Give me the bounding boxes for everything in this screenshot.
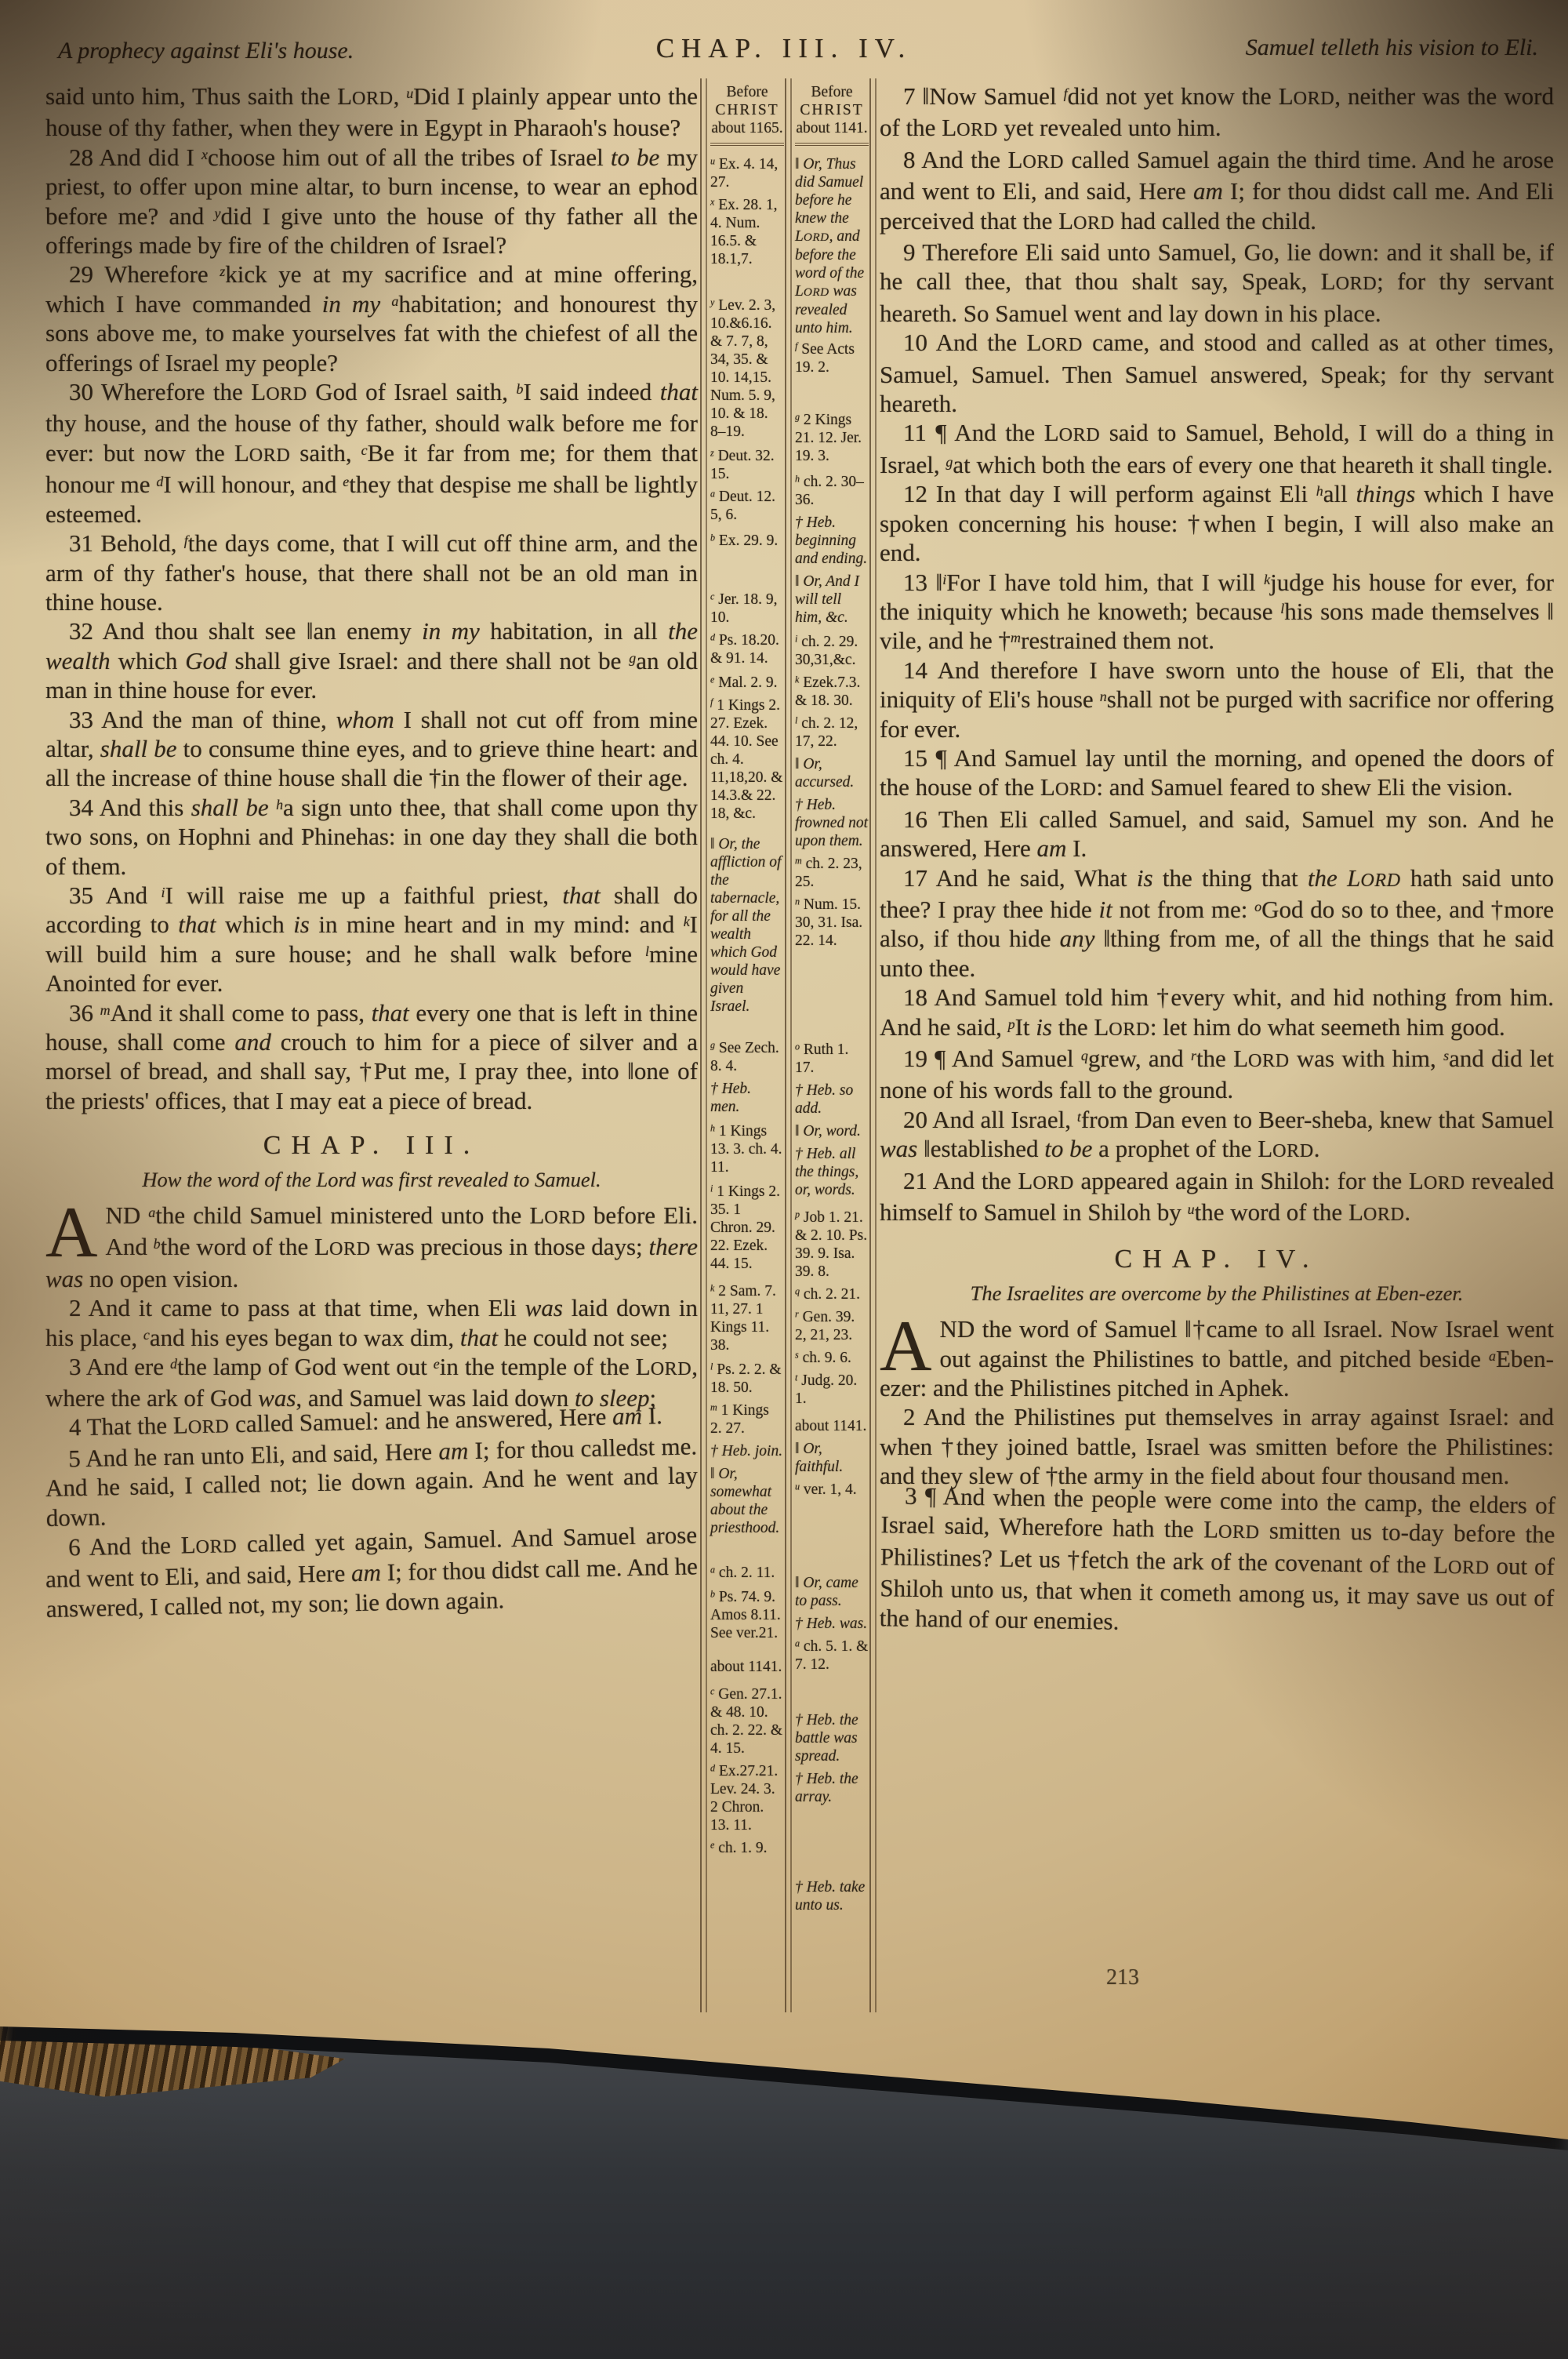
margin-ref-letter: p	[1008, 1016, 1015, 1032]
divine-name: LORD	[251, 378, 307, 405]
verse: 12 In that day I will perform against El…	[880, 479, 1554, 567]
margin-note: l ch. 2. 12, 17, 22.	[795, 714, 869, 751]
margin-note: d Ex.27.21. Lev. 24. 3. 2 Chron. 13. 11.	[710, 1762, 784, 1834]
margin-note: e Mal. 2. 9.	[710, 674, 784, 692]
verse: 21 And the LORD appeared again in Shiloh…	[880, 1166, 1554, 1230]
margin-note: p Job 1. 21. & 2. 10. Ps. 39. 9. Isa. 39…	[795, 1209, 869, 1281]
verse: 10 And the LORD came, and stood and call…	[880, 328, 1554, 418]
verse: 15 ¶ And Samuel lay until the morning, a…	[880, 743, 1554, 805]
divine-name: LORD	[1058, 207, 1114, 234]
divine-name: LORD	[795, 228, 829, 245]
margin-note: u Ex. 4. 14, 27.	[710, 155, 784, 191]
divine-name: LORD	[1347, 864, 1400, 892]
margin-note: ‖ Or, somewhat about the priesthood.	[710, 1465, 784, 1537]
verse: 36 mAnd it shall come to pass, that ever…	[45, 998, 698, 1116]
drop-cap: A	[880, 1314, 939, 1372]
right-text-column: 7 ‖Now Samuel fdid not yet know the LORD…	[880, 82, 1554, 1642]
verse: 8 And the LORD called Samuel again the t…	[880, 145, 1554, 238]
divine-name: LORD	[1348, 1198, 1404, 1226]
margin-ref-letter: e	[343, 474, 349, 489]
margin-ref-letter: c	[143, 1327, 150, 1343]
margin-note: q ch. 2. 21.	[795, 1285, 869, 1303]
margin-note: d Ps. 18.20. & 91. 14.	[710, 631, 784, 667]
margin-note: f 1 Kings 2. 27. Ezek. 44. 10. See ch. 4…	[710, 696, 784, 823]
divine-name: LORD	[172, 1410, 229, 1438]
divine-name: LORD	[942, 114, 997, 141]
chapter-heading: CHAP. III.	[45, 1131, 698, 1160]
margin-note: † Heb. the battle was spread.	[795, 1711, 869, 1765]
verse: 16 Then Eli called Samuel, and said, Sam…	[880, 805, 1554, 863]
verse: 28 And did I xchoose him out of all the …	[45, 143, 698, 260]
margin-ref-letter: f	[1064, 85, 1068, 101]
margin-ref-letter: o	[1254, 899, 1261, 914]
margin-note: about 1141.	[795, 1417, 869, 1435]
margin-ref-letter: u	[406, 85, 413, 101]
verse: AND athe child Samuel ministered unto th…	[45, 1201, 698, 1293]
margin-ref-letter: n	[1100, 689, 1107, 704]
chapter-subtitle: How the word of the Lord was first revea…	[45, 1165, 698, 1194]
margin-ref-letter: g	[946, 454, 953, 470]
verse: 29 Wherefore zkick ye at my sacrifice an…	[45, 260, 698, 377]
margin-note: y Lev. 2. 3, 10.&6.16. & 7. 7, 8, 34, 35…	[710, 296, 784, 441]
margin-ref-letter: i	[942, 571, 946, 587]
margin-ref-letter: x	[201, 147, 208, 162]
margin-note: ‖ Or, And I will tell him, &c.	[795, 572, 869, 627]
margin-note: ‖ Or, accursed.	[795, 755, 869, 791]
margin-note: z Deut. 32. 15.	[710, 447, 784, 483]
margin-note: g See Zech. 8. 4.	[710, 1039, 784, 1075]
margin-note: b Ex. 29. 9.	[710, 532, 784, 550]
divine-name: LORD	[1094, 1013, 1149, 1041]
margin-ref-letter: h	[276, 797, 283, 812]
chapter-heading: CHAP. IV.	[880, 1245, 1554, 1274]
margin-ref-letter: a	[148, 1205, 155, 1220]
margin-note: h ch. 2. 30–36.	[795, 473, 869, 509]
margin-ref-letter: h	[1316, 483, 1323, 499]
divine-name: LORD	[795, 283, 829, 300]
margin-note: † Heb. was.	[795, 1615, 869, 1633]
drop-cap: A	[45, 1201, 105, 1259]
verse: 6 And the LORD called yet again, Samuel.…	[45, 1520, 699, 1623]
before-christ-date-header: BeforeCHRISTabout 1141.	[795, 83, 869, 146]
verse: 34 And this shall be ha sign unto thee, …	[45, 793, 698, 881]
divine-name: LORD	[1026, 329, 1082, 356]
margin-ref-letter: s	[1443, 1048, 1449, 1063]
margin-note: g 2 Kings 21. 12. Jer. 19. 3.	[795, 411, 869, 465]
margin-note: o Ruth 1. 17.	[795, 1041, 869, 1077]
margin-ref-letter: m	[1011, 630, 1021, 645]
margin-note: ‖ Or, faithful.	[795, 1440, 869, 1476]
margin-note: m ch. 2. 23, 25.	[795, 855, 869, 891]
margin-ref-letter: a	[1489, 1348, 1496, 1364]
verse: 5 And he ran unto Eli, and said, Here am…	[45, 1432, 699, 1533]
margin-ref-letter: q	[1081, 1048, 1088, 1063]
margin-ref-letter: d	[156, 474, 163, 489]
verse: 14 And therefore I have sworn unto the h…	[880, 656, 1554, 743]
margin-note: i ch. 2. 29. 30,31,&c.	[795, 633, 869, 669]
divine-name: LORD	[314, 1233, 370, 1260]
margin-note: † Heb. beginning and ending.	[795, 514, 869, 568]
divine-name: LORD	[1007, 146, 1063, 173]
divine-name: LORD	[180, 1530, 237, 1558]
divine-name: LORD	[1203, 1515, 1260, 1543]
verse: 2 And the Philistines put themselves in …	[880, 1402, 1554, 1490]
divine-name: LORD	[529, 1201, 585, 1229]
page-number: 213	[880, 1965, 1366, 1990]
margin-ref-letter: k	[1264, 571, 1270, 587]
margin-note: r Gen. 39. 2, 21, 23.	[795, 1308, 869, 1344]
margin-note: h 1 Kings 13. 3. ch. 4. 11.	[710, 1122, 784, 1176]
divine-name: LORD	[337, 82, 393, 110]
margin-note: u ver. 1, 4.	[795, 1481, 869, 1499]
bible-page: A prophecy against Eli's house. CHAP. II…	[0, 0, 1568, 2149]
margin-note: a Deut. 12. 5, 6.	[710, 488, 784, 524]
margin-note: t Judg. 20. 1.	[795, 1372, 869, 1408]
margin-note: k 2 Sam. 7. 11, 27. 1 Kings 11. 38.	[710, 1282, 784, 1354]
column-rule	[869, 78, 877, 2012]
margin-note: c Jer. 18. 9, 10.	[710, 591, 784, 627]
margin-note: † Heb. take unto us.	[795, 1878, 869, 1914]
margin-note: † Heb. the array.	[795, 1770, 869, 1806]
margin-note: ‖ Or, came to pass.	[795, 1574, 869, 1610]
verse: 31 Behold, fthe days come, that I will c…	[45, 529, 698, 616]
margin-ref-letter: k	[684, 914, 690, 929]
margin-note: † Heb. frowned not upon them.	[795, 796, 869, 850]
photo-scene: A prophecy against Eli's house. CHAP. II…	[0, 0, 1568, 2359]
margin-note: a ch. 2. 11.	[710, 1564, 784, 1582]
verse: 30 Wherefore the LORD God of Israel sait…	[45, 377, 698, 529]
margin-note: a ch. 5. 1. & 7. 12.	[795, 1637, 869, 1674]
margin-note: † Heb. join.	[710, 1442, 784, 1460]
divine-name: LORD	[1258, 1135, 1313, 1162]
verse: 11 ¶ And the LORD said to Samuel, Behold…	[880, 418, 1554, 479]
margin-note: † Heb. all the things, or, words.	[795, 1145, 869, 1199]
margin-note: about 1141.	[710, 1658, 784, 1676]
margin-note: ‖ Or, word.	[795, 1122, 869, 1140]
margin-note: k Ezek.7.3. & 18. 30.	[795, 674, 869, 710]
chapter-subtitle: The Israelites are overcome by the Phili…	[880, 1279, 1554, 1308]
margin-note: l Ps. 2. 2. & 18. 50.	[710, 1361, 784, 1397]
margin-ref-letter: g	[629, 650, 636, 666]
margin-note: † Heb. so add.	[795, 1081, 869, 1118]
margin-ref-letter: m	[100, 1002, 111, 1018]
margin-ref-letter: e	[434, 1356, 440, 1372]
margin-ref-letter: r	[1191, 1048, 1196, 1063]
running-head: A prophecy against Eli's house. CHAP. II…	[0, 33, 1568, 74]
divine-name: LORD	[1233, 1045, 1289, 1072]
verse: 19 ¶ And Samuel qgrew, and rthe LORD was…	[880, 1044, 1554, 1105]
margin-ref-letter: b	[154, 1236, 161, 1252]
verse: 2 And it came to pass at that time, when…	[45, 1293, 698, 1352]
margin-ref-letter: c	[361, 442, 368, 458]
margin-note: ‖ Or, Thus did Samuel before he knew the…	[795, 155, 869, 337]
column-rule	[700, 78, 707, 2012]
left-margin-column: BeforeCHRISTabout 1165.u Ex. 4. 14, 27.x…	[710, 83, 784, 1857]
running-head-right: Samuel telleth his vision to Eli.	[1246, 35, 1538, 61]
verse: AND the word of Samuel ‖†came to all Isr…	[880, 1314, 1554, 1402]
margin-note: c Gen. 27.1. & 48. 10. ch. 2. 22. & 4. 1…	[710, 1685, 784, 1757]
margin-note: n Num. 15. 30, 31. Isa. 22. 14.	[795, 896, 869, 950]
verse: 9 Therefore Eli said unto Samuel, Go, li…	[880, 238, 1554, 328]
divine-name: LORD	[1409, 1167, 1465, 1194]
margin-note: e ch. 1. 9.	[710, 1839, 784, 1857]
verse: 33 And the man of thine, whom I shall no…	[45, 705, 698, 793]
verse: 17 And he said, What is the thing that t…	[880, 863, 1554, 983]
divine-name: LORD	[636, 1353, 691, 1380]
divine-name: LORD	[1321, 267, 1377, 295]
left-text-column: said unto him, Thus saith the LORD, uDid…	[45, 82, 698, 1623]
verse: 7 ‖Now Samuel fdid not yet know the LORD…	[880, 82, 1554, 145]
divine-name: LORD	[1018, 1167, 1073, 1194]
margin-ref-letter: l	[1280, 601, 1284, 616]
margin-ref-letter: y	[215, 205, 221, 221]
verse: 20 And all Israel, tfrom Dan even to Bee…	[880, 1105, 1554, 1166]
divine-name: LORD	[1279, 82, 1334, 110]
verse: 35 And iI will raise me up a faithful pr…	[45, 881, 698, 998]
margin-note: i 1 Kings 2. 35. 1 Chron. 29. 22. Ezek. …	[710, 1183, 784, 1273]
verse: 32 And thou shalt see ‖an enemy in my ha…	[45, 616, 698, 704]
margin-note: f See Acts 19. 2.	[795, 340, 869, 376]
margin-ref-letter: b	[516, 381, 523, 397]
margin-note: b Ps. 74. 9. Amos 8.11. See ver.21.	[710, 1588, 784, 1642]
divine-name: LORD	[1040, 773, 1096, 801]
divine-name: LORD	[1044, 419, 1100, 446]
margin-note: † Heb. men.	[710, 1080, 784, 1116]
column-rule	[785, 78, 792, 2012]
margin-ref-letter: t	[1077, 1109, 1081, 1125]
margin-ref-letter: d	[170, 1356, 177, 1372]
right-margin-column: BeforeCHRISTabout 1141.‖ Or, Thus did Sa…	[795, 83, 869, 1914]
margin-ref-letter: i	[162, 885, 165, 900]
verse: 13 ‖iFor I have told him, that I will kj…	[880, 568, 1554, 656]
margin-note: x Ex. 28. 1, 4. Num. 16.5. & 18.1,7.	[710, 196, 784, 268]
margin-note: s ch. 9. 6.	[795, 1349, 869, 1367]
divine-name: LORD	[1433, 1550, 1490, 1579]
margin-ref-letter: a	[391, 293, 398, 309]
margin-ref-letter: z	[220, 264, 225, 279]
verse: 3 ¶ And when the people were come into t…	[880, 1481, 1556, 1642]
verse: said unto him, Thus saith the LORD, uDid…	[45, 82, 698, 143]
margin-note: ‖ Or, the affliction of the tabernacle, …	[710, 835, 784, 1016]
margin-ref-letter: u	[1188, 1201, 1195, 1217]
margin-note: m 1 Kings 2. 27.	[710, 1401, 784, 1438]
divine-name: LORD	[234, 439, 290, 467]
before-christ-date-header: BeforeCHRISTabout 1165.	[710, 83, 784, 146]
margin-ref-letter: f	[184, 533, 188, 548]
verse: 18 And Samuel told him †every whit, and …	[880, 983, 1554, 1044]
margin-ref-letter: l	[645, 943, 649, 959]
